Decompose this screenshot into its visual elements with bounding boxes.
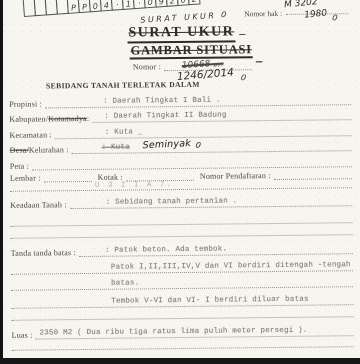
desa-value: : Kuta Seminyak 0 — [102, 140, 201, 152]
propinsi-dotted-line: : Daerah Tingkat I Bali . — [45, 92, 351, 108]
nomor-paraph: 0 — [240, 73, 247, 83]
dotted-rule — [10, 222, 352, 227]
tanda-batas-label: Tanda tanda batas : — [11, 248, 76, 258]
scanned-land-survey-document: P P 0 4 · 1 · 0 9 2 0 2 Nomor hak : M 32… — [0, 0, 360, 364]
field-row-kecamatan: Kecamatan : : Kuta _ — [9, 124, 351, 140]
lembar-label: Lembar : — [10, 173, 41, 182]
peta-label: Peta : — [10, 162, 29, 171]
nomor-row: Nomor : 10668 „,. – 1246/2014 0 — [133, 58, 263, 71]
nomor-label: Nomor : — [133, 62, 161, 71]
luas-dotted-line: 2350 M2 ( Dua ribu tiga ratus lima puluh… — [35, 323, 353, 339]
field-row-luas: Luas : 2350 M2 ( Dua ribu tiga ratus lim… — [12, 324, 354, 340]
tanda-dotted-line: : Patok beton. Ada tembok. — [79, 241, 353, 257]
nomor-pendaftaran-label: Nomor Pendaftaran : — [200, 171, 271, 181]
tanda-line2-dotted-line: Patok I,II,III,IV,V dan VI berdiri diten… — [11, 258, 353, 275]
propinsi-label: Propinsi : — [9, 99, 42, 108]
dotted-rule — [11, 234, 353, 239]
keadaan-value: : Sebidang tanah pertanian . — [106, 197, 238, 206]
handwritten-title: SURAT UKUR 0 — [140, 10, 229, 25]
tanda-value: : Patok beton. Ada tembok. — [105, 246, 227, 255]
nomor-hak-handwritten-year: 1980 — [304, 8, 328, 20]
kabupaten-colon: : — [87, 114, 90, 123]
tanda-line3-dotted-line: batas. — [11, 274, 353, 291]
field-row-desa-kelurahan: Desa/ Kelurahan : : Kuta Seminyak 0 — [10, 139, 352, 155]
scan-left-edge — [0, 0, 3, 364]
handwritten-title-paraph: 0 — [221, 10, 230, 20]
dotted-rule — [10, 187, 352, 192]
kabupaten-dotted-line: : Daerah Tingkat II Badung — [92, 107, 351, 123]
nomor-hak-block: Nomor hak : M 3202 1980 0 — [244, 2, 354, 25]
kotak-dotted-line — [126, 168, 194, 182]
kotak-label: Kotak : — [98, 173, 123, 182]
tanda-continuation-row: Patok I,II,III,IV,V dan VI berdiri diten… — [11, 259, 353, 275]
kabupaten-value: : Daerah Tingkat II Badung — [104, 112, 226, 121]
dotted-rule — [11, 316, 353, 321]
code-box-cell: 2 — [187, 0, 200, 5]
tanda-continuation-row: Tembok V-VI dan VI- I berdiri diluar bat… — [11, 293, 353, 309]
tanda-line4-value: Tembok V-VI dan VI- I berdiri diluar bat… — [111, 296, 309, 306]
tanda-line3-value: batas. — [111, 279, 139, 287]
desa-value-handwritten: Seminyak — [142, 138, 191, 151]
dotted-rule — [12, 346, 354, 351]
propinsi-value: : Daerah Tingkat I Bali . — [103, 97, 221, 106]
field-row-propinsi: Propinsi : : Daerah Tingkat I Bali . — [9, 93, 351, 109]
field-row-tanda-batas: Tanda tanda batas : : Patok beton. Ada t… — [11, 242, 353, 258]
field-row-lembar-kotak: Lembar : Kotak : Nomor Pendaftaran : — [10, 167, 352, 183]
desa-label-struck: Desa/ — [10, 146, 29, 155]
field-row-kabupaten: Kabupaten/ Kotamadya : : Daerah Tingkat … — [9, 108, 351, 124]
keadaan-tanah-label: Keadaan Tanah : — [10, 200, 67, 210]
kecamatan-label: Kecamatan : — [9, 130, 51, 139]
kecamatan-value: : Kuta _ — [105, 128, 143, 136]
keadaan-dotted-line: : Sebidang tanah pertanian . — [70, 193, 353, 209]
luas-label: Luas : — [12, 331, 33, 340]
field-row-keadaan-tanah: Keadaan Tanah : : Sebidang tanah pertani… — [10, 194, 352, 210]
tanda-line2-value: Patok I,II,III,IV,V dan VI berdiri diten… — [111, 261, 351, 272]
handwritten-title-text: SURAT UKUR — [140, 11, 217, 25]
title-line1-dash: – — [239, 26, 245, 41]
tanda-line4-dotted-line: Tembok V-VI dan VI- I berdiri diluar bat… — [11, 292, 353, 309]
desa-dotted-line: : Kuta Seminyak 0 — [72, 138, 352, 154]
lembar-dotted-line — [44, 169, 92, 183]
luas-value: 2350 M2 ( Dua ribu tiga ratus lima puluh… — [40, 327, 308, 338]
kecamatan-dotted-line: : Kuta _ — [55, 123, 352, 139]
document-sheet: P P 0 4 · 1 · 0 9 2 0 2 Nomor hak : M 32… — [0, 0, 360, 364]
scan-bottom-edge — [0, 358, 360, 364]
section-heading: SEBIDANG TANAH TERLETAK DALAM — [46, 80, 200, 91]
desa-value-struck: : Kuta — [102, 144, 130, 152]
nomor-pendaftaran-dotted-line — [274, 166, 352, 180]
kabupaten-label-struck: Kotamadya — [48, 114, 87, 123]
desa-paraph: 0 — [195, 140, 202, 150]
tanda-continuation-row: batas. — [11, 275, 353, 291]
kabupaten-label: Kabupaten/ — [9, 114, 48, 123]
kelurahan-label: Kelurahan : — [29, 145, 69, 154]
nomor-hak-label: Nomor hak : — [244, 9, 282, 18]
nomor-dash: – — [255, 51, 263, 70]
nomor-hak-paraph: 0 — [331, 13, 338, 23]
